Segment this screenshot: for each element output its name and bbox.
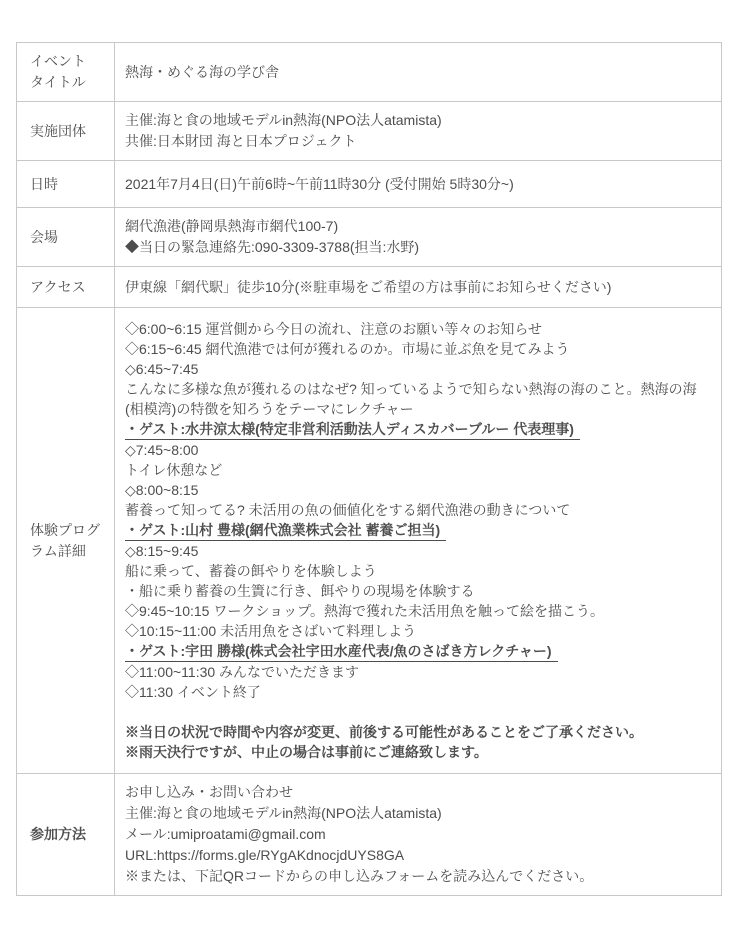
content-line: 蓄養って知ってる? 未活用の魚の価値化をする網代漁港の動きについて bbox=[125, 500, 711, 520]
table-row-event-title: イベント タイトル 熱海・めぐる海の学び舎 bbox=[17, 43, 722, 102]
row-label-access: アクセス bbox=[17, 267, 115, 308]
content-line: ※雨天決行ですが、中止の場合は事前にご連絡致します。 bbox=[125, 742, 711, 762]
content-line: ◇6:00~6:15 運営側から今日の流れ、注意のお願い等々のお知らせ bbox=[125, 319, 711, 339]
row-content-datetime: 2021年7月4日(日)午前6時~午前11時30分 (受付開始 5時30分~) bbox=[115, 161, 722, 208]
content-line: ※当日の状況で時間や内容が変更、前後する可能性があることをご了承ください。 bbox=[125, 722, 711, 742]
content-line: 主催:海と食の地域モデルin熱海(NPO法人atamista) bbox=[125, 803, 711, 824]
table-row-access: アクセス 伊東線「網代駅」徒歩10分(※駐車場をご希望の方は事前にお知らせくださ… bbox=[17, 267, 722, 308]
content-line: ・船に乗り蓄養の生簀に行き、餌やりの現場を体験する bbox=[125, 581, 711, 601]
content-line: ※または、下記QRコードからの申し込みフォームを読み込んでください。 bbox=[125, 866, 711, 887]
content-line: ◇6:15~6:45 網代漁港では何が獲れるのか。市場に並ぶ魚を見てみよう bbox=[125, 339, 711, 359]
content-line: ・ゲスト:宇田 勝様(株式会社宇田水産代表/魚のさばき方レクチャー) bbox=[125, 641, 711, 662]
content-line: トイレ休憩など bbox=[125, 460, 711, 480]
content-line: 網代漁港(静岡県熱海市網代100-7) bbox=[125, 216, 711, 237]
content-line: 伊東線「網代駅」徒歩10分(※駐車場をご希望の方は事前にお知らせください) bbox=[125, 277, 711, 298]
guest-underlined-text: ・ゲスト:宇田 勝様(株式会社宇田水産代表/魚のさばき方レクチャー) bbox=[125, 642, 558, 662]
content-line: 熱海・めぐる海の学び舎 bbox=[125, 62, 711, 83]
document-page: イベント タイトル 熱海・めぐる海の学び舎 実施団体 主催:海と食の地域モデルi… bbox=[16, 42, 722, 896]
row-content-organizer: 主催:海と食の地域モデルin熱海(NPO法人atamista)共催:日本財団 海… bbox=[115, 102, 722, 161]
row-content-how-to-join: お申し込み・お問い合わせ主催:海と食の地域モデルin熱海(NPO法人atamis… bbox=[115, 774, 722, 896]
content-line: ・ゲスト:水井涼太様(特定非営利活動法人ディスカバーブルー 代表理事) bbox=[125, 419, 711, 440]
row-label-event-title: イベント タイトル bbox=[17, 43, 115, 102]
content-line: ◇8:15~9:45 bbox=[125, 541, 711, 561]
content-line: ◆当日の緊急連絡先:090-3309-3788(担当:水野) bbox=[125, 237, 711, 258]
row-label-datetime: 日時 bbox=[17, 161, 115, 208]
content-line: 2021年7月4日(日)午前6時~午前11時30分 (受付開始 5時30分~) bbox=[125, 174, 711, 195]
content-line: ◇11:00~11:30 みんなでいただきます bbox=[125, 662, 711, 682]
table-row-how-to-join: 参加方法 お申し込み・お問い合わせ主催:海と食の地域モデルin熱海(NPO法人a… bbox=[17, 774, 722, 896]
content-line: ◇6:45~7:45 bbox=[125, 359, 711, 379]
content-line: URL:https://forms.gle/RYgAKdnocjdUYS8GA bbox=[125, 845, 711, 866]
content-line: ・ゲスト:山村 豊様(網代漁業株式会社 蓄養ご担当) bbox=[125, 520, 711, 541]
guest-underlined-text: ・ゲスト:水井涼太様(特定非営利活動法人ディスカバーブルー 代表理事) bbox=[125, 420, 580, 440]
table-row-venue: 会場 網代漁港(静岡県熱海市網代100-7)◆当日の緊急連絡先:090-3309… bbox=[17, 208, 722, 267]
table-row-organizer: 実施団体 主催:海と食の地域モデルin熱海(NPO法人atamista)共催:日… bbox=[17, 102, 722, 161]
row-content-access: 伊東線「網代駅」徒歩10分(※駐車場をご希望の方は事前にお知らせください) bbox=[115, 267, 722, 308]
table-row-program-details: 体験プログ ラム詳細 ◇6:00~6:15 運営側から今日の流れ、注意のお願い等… bbox=[17, 308, 722, 774]
content-line: お申し込み・お問い合わせ bbox=[125, 782, 711, 803]
guest-underlined-text: ・ゲスト:山村 豊様(網代漁業株式会社 蓄養ご担当) bbox=[125, 521, 446, 541]
content-line: ◇11:30 イベント終了 bbox=[125, 682, 711, 702]
event-info-table: イベント タイトル 熱海・めぐる海の学び舎 実施団体 主催:海と食の地域モデルi… bbox=[16, 42, 722, 896]
content-line: ◇7:45~8:00 bbox=[125, 440, 711, 460]
row-content-event-title: 熱海・めぐる海の学び舎 bbox=[115, 43, 722, 102]
row-label-organizer: 実施団体 bbox=[17, 102, 115, 161]
content-line: こんなに多様な魚が獲れるのはなぜ? 知っているようで知らない熱海の海のこと。熱海… bbox=[125, 379, 711, 419]
row-content-venue: 網代漁港(静岡県熱海市網代100-7)◆当日の緊急連絡先:090-3309-37… bbox=[115, 208, 722, 267]
content-line bbox=[125, 702, 711, 722]
row-content-program-details: ◇6:00~6:15 運営側から今日の流れ、注意のお願い等々のお知らせ◇6:15… bbox=[115, 308, 722, 774]
row-label-program-details: 体験プログ ラム詳細 bbox=[17, 308, 115, 774]
row-label-venue: 会場 bbox=[17, 208, 115, 267]
event-info-table-body: イベント タイトル 熱海・めぐる海の学び舎 実施団体 主催:海と食の地域モデルi… bbox=[17, 43, 722, 896]
content-line: 主催:海と食の地域モデルin熱海(NPO法人atamista) bbox=[125, 110, 711, 131]
content-line: 共催:日本財団 海と日本プロジェクト bbox=[125, 131, 711, 152]
row-label-how-to-join: 参加方法 bbox=[17, 774, 115, 896]
content-line: ◇10:15~11:00 未活用魚をさばいて料理しよう bbox=[125, 621, 711, 641]
content-line: メール:umiproatami@gmail.com bbox=[125, 824, 711, 845]
content-line: 船に乗って、蓄養の餌やりを体験しよう bbox=[125, 561, 711, 581]
content-line: ◇9:45~10:15 ワークショップ。熱海で獲れた未活用魚を触って絵を描こう。 bbox=[125, 601, 711, 621]
table-row-datetime: 日時 2021年7月4日(日)午前6時~午前11時30分 (受付開始 5時30分… bbox=[17, 161, 722, 208]
content-line: ◇8:00~8:15 bbox=[125, 480, 711, 500]
